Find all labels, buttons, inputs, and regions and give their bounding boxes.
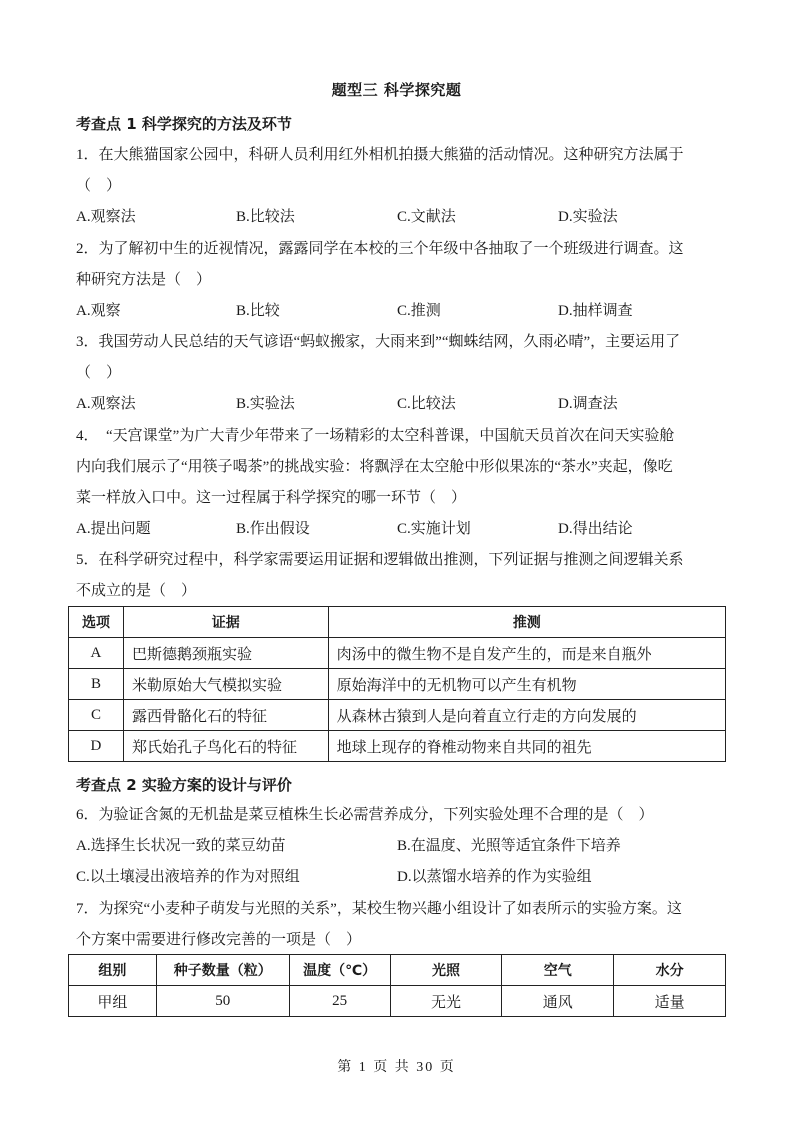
- option-a: A.提出问题: [76, 519, 151, 539]
- option-a: A.观察法: [76, 207, 136, 227]
- question-text: 5．在科学研究过程中，科学家需要运用证据和逻辑做出推测，下列证据与推测之间逻辑关…: [76, 550, 684, 570]
- table-header-row: 组别 种子数量（粒） 温度（℃） 光照 空气 水分: [69, 955, 726, 986]
- table-row: B 米勒原始大气模拟实验 原始海洋中的无机物可以产生有机物: [69, 669, 726, 700]
- column-header: 推测: [328, 607, 725, 638]
- option-d: D.抽样调查: [558, 301, 633, 321]
- option-c: C.以土壤浸出液培养的作为对照组: [76, 867, 300, 887]
- column-header: 空气: [502, 955, 614, 986]
- table-cell: 郑氏始孔子鸟化石的特征: [123, 731, 328, 762]
- option-c: C.文献法: [397, 207, 456, 227]
- column-header: 光照: [390, 955, 502, 986]
- option-a: A.观察: [76, 301, 121, 321]
- table-cell: 甲组: [69, 986, 157, 1017]
- table-cell: D: [69, 731, 124, 762]
- table-cell: 适量: [614, 986, 726, 1017]
- option-d: D.得出结论: [558, 519, 633, 539]
- question-text: 不成立的是（ ）: [76, 581, 196, 601]
- question-text: 4． “天宫课堂”为广大青少年带来了一场精彩的太空科普课，中国航天员首次在问天实…: [76, 426, 674, 446]
- question-text: 种研究方法是（ ）: [76, 270, 211, 290]
- option-c: C.推测: [397, 301, 441, 321]
- column-header: 组别: [69, 955, 157, 986]
- table-cell: A: [69, 638, 124, 669]
- table-cell: 肉汤中的微生物不是自发产生的，而是来自瓶外: [328, 638, 725, 669]
- column-header: 种子数量（粒）: [156, 955, 289, 986]
- table-cell: C: [69, 700, 124, 731]
- option-b: B.作出假设: [236, 519, 310, 539]
- question-text: 2．为了解初中生的近视情况，露露同学在本校的三个年级中各抽取了一个班级进行调查。…: [76, 239, 684, 259]
- table-header-row: 选项 证据 推测: [69, 607, 726, 638]
- option-c: C.实施计划: [397, 519, 471, 539]
- question-text: 菜一样放入口中。这一过程属于科学探究的哪一环节（ ）: [76, 488, 466, 508]
- option-c: C.比较法: [397, 394, 456, 414]
- table-cell: 25: [289, 986, 390, 1017]
- experiment-table: 组别 种子数量（粒） 温度（℃） 光照 空气 水分 甲组 50 25 无光 通风…: [68, 954, 726, 1017]
- table-row: 甲组 50 25 无光 通风 适量: [69, 986, 726, 1017]
- option-d: D.实验法: [558, 207, 618, 227]
- section-heading-2: 考查点 2 实验方案的设计与评价: [76, 774, 292, 795]
- question-text: 7．为探究“小麦种子萌发与光照的关系”，某校生物兴趣小组设计了如表所示的实验方案…: [76, 899, 682, 919]
- option-b: B.在温度、光照等适宜条件下培养: [397, 836, 621, 856]
- question-text: 内向我们展示了“用筷子喝茶”的挑战实验：将飘浮在太空舱中形似果冻的“茶水”夹起，…: [76, 457, 673, 477]
- table-cell: 地球上现存的脊椎动物来自共同的祖先: [328, 731, 725, 762]
- table-cell: B: [69, 669, 124, 700]
- table-cell: 露西骨骼化石的特征: [123, 700, 328, 731]
- page-footer: 第 1 页 共 30 页: [0, 1056, 793, 1076]
- table-row: C 露西骨骼化石的特征 从森林古猿到人是向着直立行走的方向发展的: [69, 700, 726, 731]
- option-b: B.比较法: [236, 207, 295, 227]
- option-d: D.以蒸馏水培养的作为实验组: [397, 867, 592, 887]
- table-cell: 无光: [390, 986, 502, 1017]
- table-cell: 从森林古猿到人是向着直立行走的方向发展的: [328, 700, 725, 731]
- page-title: 题型三 科学探究题: [0, 79, 793, 100]
- table-cell: 50: [156, 986, 289, 1017]
- question-text: 6．为验证含氮的无机盐是菜豆植株生长必需营养成分，下列实验处理不合理的是（ ）: [76, 805, 654, 825]
- question-text: （ ）: [76, 176, 121, 196]
- table-cell: 米勒原始大气模拟实验: [123, 669, 328, 700]
- question-text: 个方案中需要进行修改完善的一项是（ ）: [76, 930, 361, 950]
- table-row: A 巴斯德鹅颈瓶实验 肉汤中的微生物不是自发产生的，而是来自瓶外: [69, 638, 726, 669]
- question-text: 1．在大熊猫国家公园中，科研人员利用红外相机拍摄大熊猫的活动情况。这种研究方法属…: [76, 145, 684, 165]
- question-text: 3．我国劳动人民总结的天气谚语“蚂蚁搬家，大雨来到”“蜘蛛结网，久雨必晴”，主要…: [76, 332, 680, 352]
- option-a: A.观察法: [76, 394, 136, 414]
- column-header: 水分: [614, 955, 726, 986]
- option-d: D.调查法: [558, 394, 618, 414]
- evidence-table: 选项 证据 推测 A 巴斯德鹅颈瓶实验 肉汤中的微生物不是自发产生的，而是来自瓶…: [68, 606, 726, 762]
- table-cell: 原始海洋中的无机物可以产生有机物: [328, 669, 725, 700]
- column-header: 温度（℃）: [289, 955, 390, 986]
- column-header: 证据: [123, 607, 328, 638]
- question-text: （ ）: [76, 363, 121, 383]
- option-a: A.选择生长状况一致的菜豆幼苗: [76, 836, 286, 856]
- section-heading-1: 考查点 1 科学探究的方法及环节: [76, 113, 292, 134]
- column-header: 选项: [69, 607, 124, 638]
- option-b: B.实验法: [236, 394, 295, 414]
- table-row: D 郑氏始孔子鸟化石的特征 地球上现存的脊椎动物来自共同的祖先: [69, 731, 726, 762]
- table-cell: 巴斯德鹅颈瓶实验: [123, 638, 328, 669]
- option-b: B.比较: [236, 301, 280, 321]
- table-cell: 通风: [502, 986, 614, 1017]
